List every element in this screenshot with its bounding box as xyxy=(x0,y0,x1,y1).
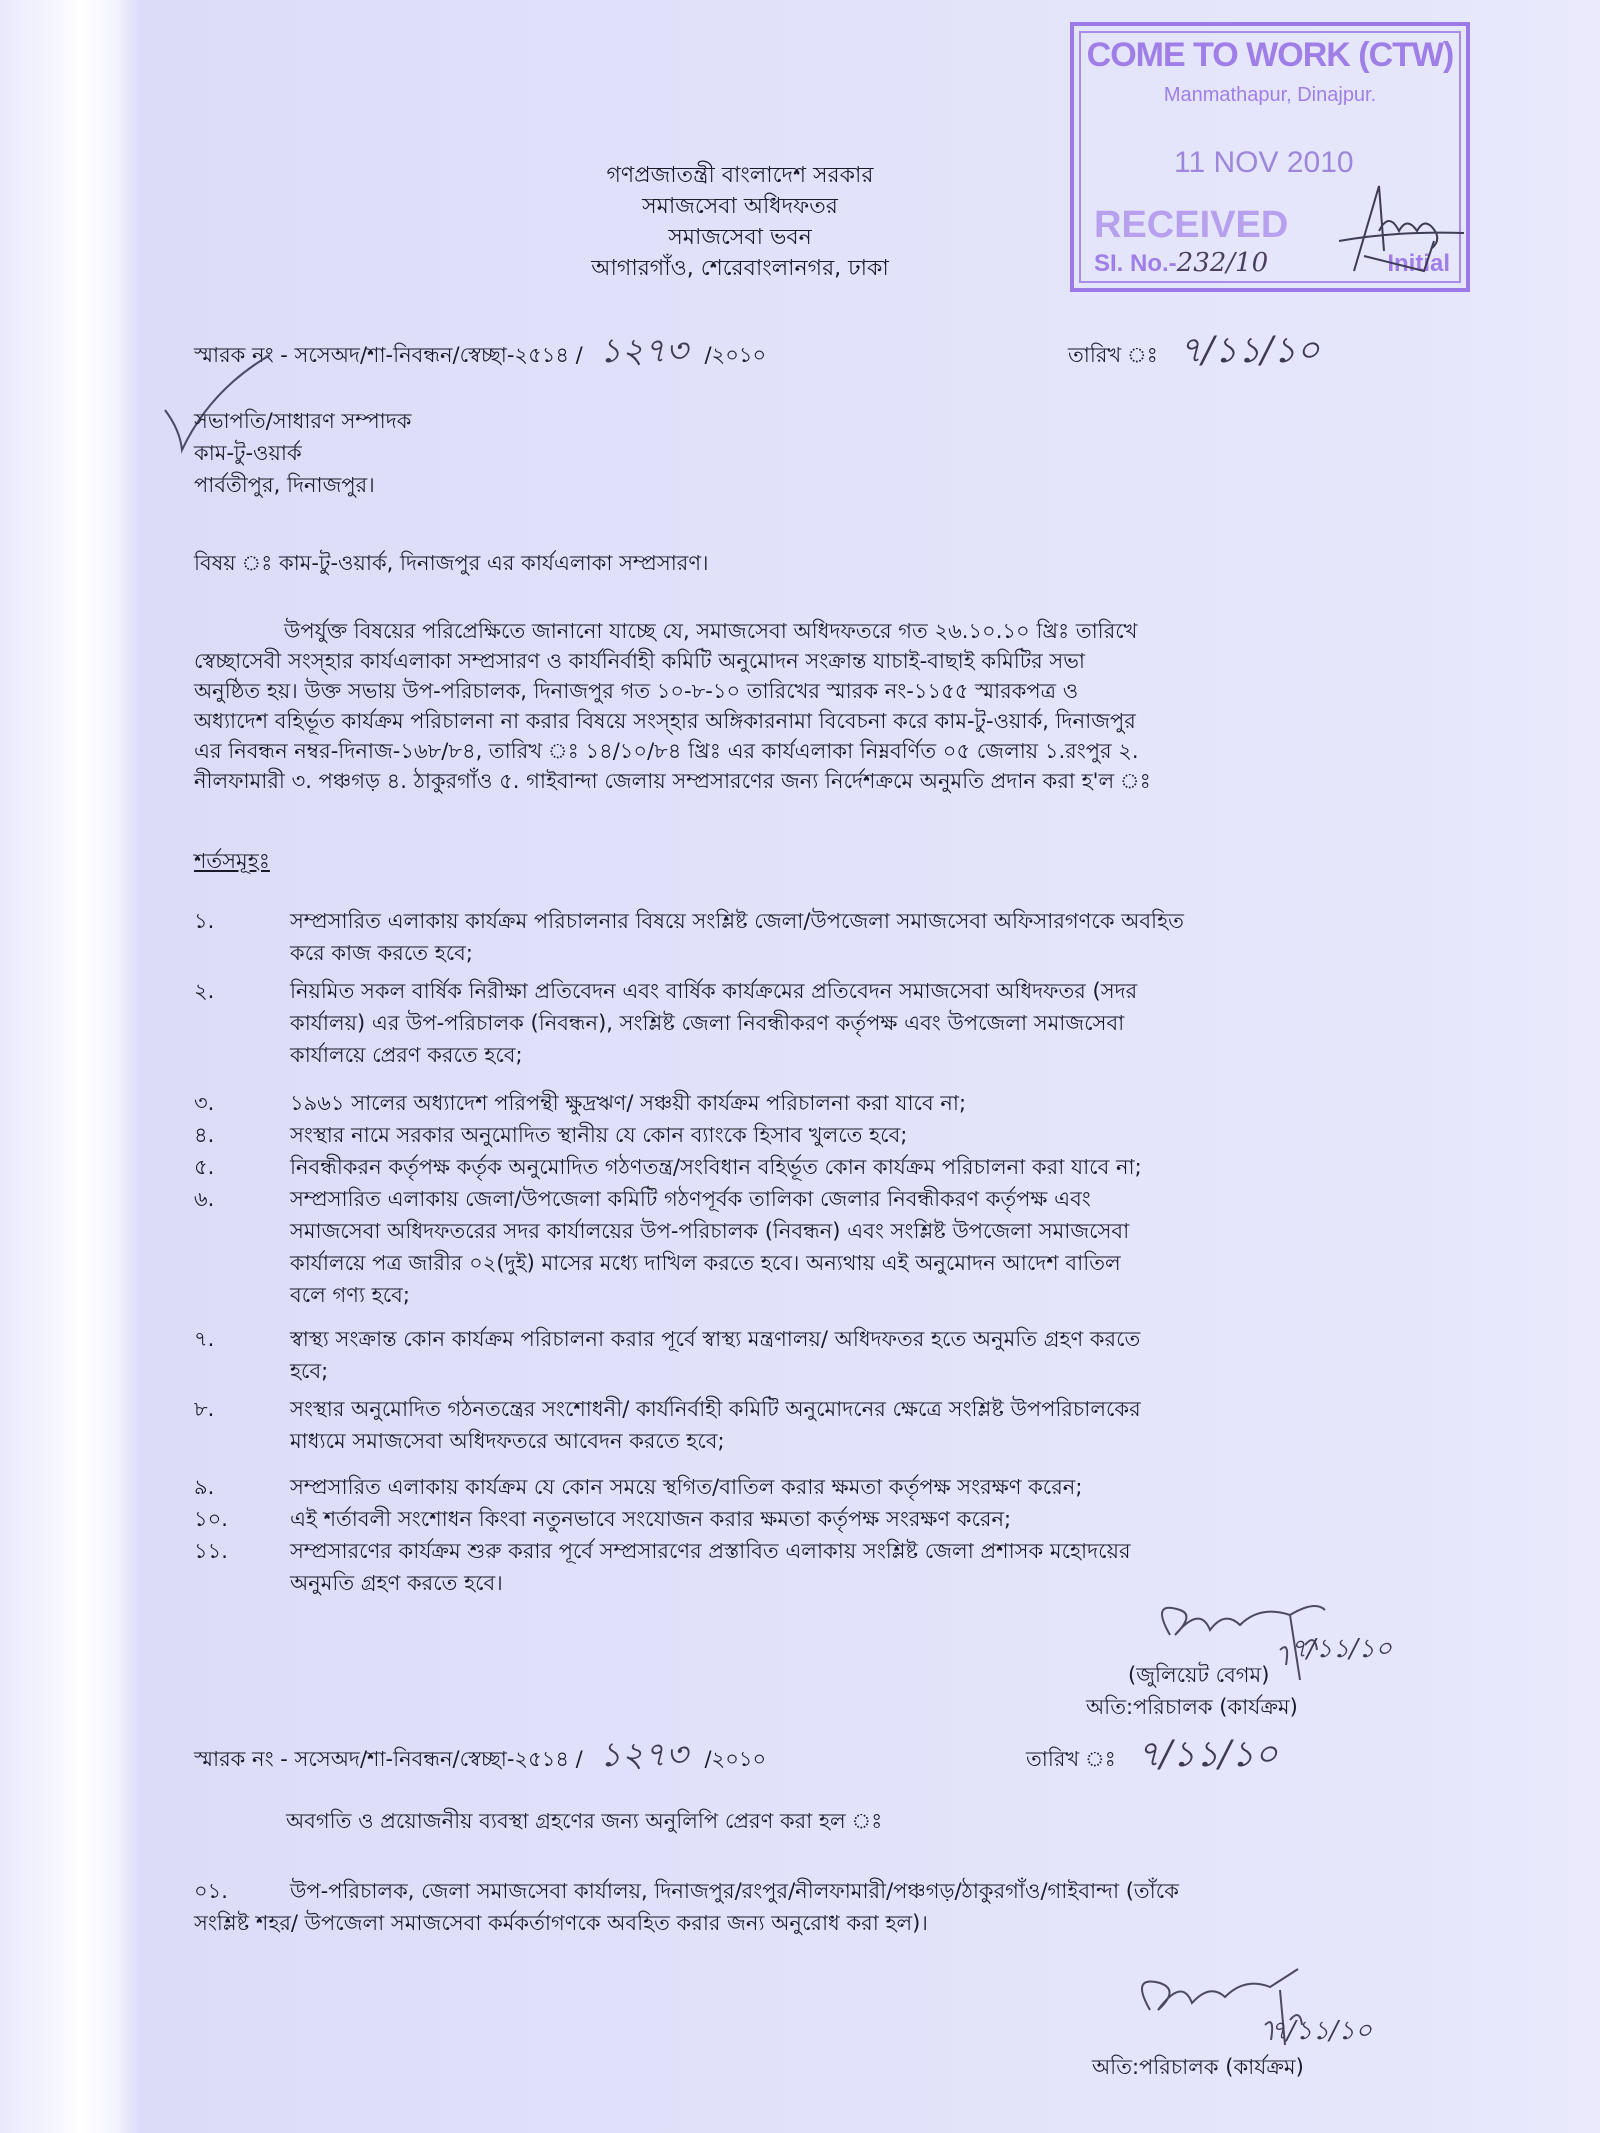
stamp-received-label: RECEIVED xyxy=(1094,204,1288,247)
condition-text: সম্প্রসারিত এলাকায় কার্যক্রম পরিচালনার … xyxy=(290,906,1184,936)
condition-text: হবে; xyxy=(290,1356,328,1386)
copy-number: ০১. xyxy=(194,1876,228,1906)
memo2-date-value: ৭/১১/১০ xyxy=(1137,1734,1278,1775)
body-line: অনুষ্ঠিত হয়। উক্ত সভায় উপ-পরিচালক, দিন… xyxy=(194,676,1364,706)
signatory-designation: অতি:পরিচালক (কার্যক্রম) xyxy=(1086,1692,1298,1722)
recipient-address: পার্বতীপুর, দিনাজপুর। xyxy=(194,470,375,500)
condition-text: কার্যালয়ে প্রেরণ করতে হবে; xyxy=(290,1040,523,1070)
condition-text: বলে গণ্য হবে; xyxy=(290,1280,410,1310)
condition-text: কার্যালয়) এর উপ-পরিচালক (নিবন্ধন), সংশ্… xyxy=(290,1008,1124,1038)
stamp-place: Manmathapur, Dinajpur. xyxy=(1074,84,1466,107)
condition-number: ৯. xyxy=(194,1472,214,1502)
memo-ref-year: /২০১০ xyxy=(704,343,766,367)
body-line: নীলফামারী ৩. পঞ্চগড় ৪. ঠাকুরগাঁও ৫. গাই… xyxy=(194,766,1364,796)
condition-number: ৭. xyxy=(194,1324,214,1354)
memo2-date: তারিখ ঃ ৭/১১/১০ xyxy=(1026,1740,1278,1774)
recipient-title: সভাপতি/সাধারণ সম্পাদক xyxy=(194,406,411,436)
memo2-date-label: তারিখ ঃ xyxy=(1026,1747,1116,1771)
condition-text: স্বাস্থ্য সংক্রান্ত কোন কার্যক্রম পরিচাল… xyxy=(290,1324,1140,1354)
condition-text: সম্প্রসারিত এলাকায় কার্যক্রম যে কোন সময… xyxy=(290,1472,1082,1502)
condition-text: সংস্থার অনুমোদিত গঠনতন্ত্রের সংশোধনী/ কা… xyxy=(290,1394,1141,1424)
signature-1-date: ৭/১১/১০ xyxy=(1290,1628,1392,1672)
conditions-heading: শর্তসমূহঃ xyxy=(194,846,270,876)
condition-text: কার্যালয়ে পত্র জারীর ০২(দুই) মাসের মধ্য… xyxy=(290,1248,1121,1278)
subject-line: বিষয় ঃ কাম-টু-ওয়ার্ক, দিনাজপুর এর কার্… xyxy=(194,548,709,578)
stamp-initial-signature-icon xyxy=(1324,171,1474,281)
copy-intro: অবগতি ও প্রয়োজনীয় ব্যবস্থা গ্রহণের জন্… xyxy=(286,1806,882,1836)
condition-text: সংস্থার নামে সরকার অনুমোদিত স্থানীয় যে … xyxy=(290,1120,907,1150)
condition-text: করে কাজ করতে হবে; xyxy=(290,938,473,968)
condition-text: মাধ্যমে সমাজসেবা অধিদফতরে আবেদন করতে হবে… xyxy=(290,1426,725,1456)
copy-line: সংশ্লিষ্ট শহর/ উপজেলা সমাজসেবা কর্মকর্তা… xyxy=(194,1908,928,1938)
condition-number: ২. xyxy=(194,976,214,1006)
stamp-organization: COME TO WORK (CTW) xyxy=(1074,36,1466,75)
memo-date-value: ৭/১১/১০ xyxy=(1179,330,1320,371)
memo2-ref-label: স্মারক নং - সসেঅদ/শা-নিবন্ধন/স্বেচ্ছা-২৫… xyxy=(194,1747,583,1771)
memo-date: তারিখ ঃ ৭/১১/১০ xyxy=(1068,336,1320,370)
condition-number: ১১. xyxy=(194,1536,228,1566)
body-line: এর নিবন্ধন নম্বর-দিনাজ-১৬৮/৮৪, তারিখ ঃ ১… xyxy=(194,736,1364,766)
condition-text: সম্প্রসারণের কার্যক্রম শুরু করার পূর্বে … xyxy=(290,1536,1131,1566)
body-paragraph: উপর্যুক্ত বিষয়ের পরিপ্রেক্ষিতে জানানো য… xyxy=(194,616,1364,796)
condition-text: এই শর্তাবলী সংশোধন কিংবা নতুনভাবে সংযোজন… xyxy=(290,1504,1011,1534)
condition-number: ৮. xyxy=(194,1394,214,1424)
received-stamp: COME TO WORK (CTW) Manmathapur, Dinajpur… xyxy=(1070,22,1470,292)
letterhead-address: আগারগাঁও, শেরেবাংলানগর, ঢাকা xyxy=(540,253,940,284)
condition-number: ১০. xyxy=(194,1504,228,1534)
condition-text: ১৯৬১ সালের অধ্যাদেশ পরিপন্থী ক্ষুদ্রঋণ/ … xyxy=(290,1088,966,1118)
memo-date-label: তারিখ ঃ xyxy=(1068,343,1158,367)
condition-number: ৫. xyxy=(194,1152,214,1182)
body-line: স্বেচ্ছাসেবী সংস্হার কার্যএলাকা সম্প্রসা… xyxy=(194,646,1364,676)
condition-number: ৪. xyxy=(194,1120,214,1150)
memo2-ref-number: ১২৭৩ xyxy=(599,1735,687,1775)
body-line: অধ্যাদেশ বহির্ভূত কার্যক্রম পরিচালনা না … xyxy=(194,706,1364,736)
condition-text: সমাজসেবা অধিদফতরের সদর কার্যালয়ের উপ-পর… xyxy=(290,1216,1129,1246)
condition-text: অনুমতি গ্রহণ করতে হবে। xyxy=(290,1568,503,1598)
condition-number: ৩. xyxy=(194,1088,214,1118)
memo-ref-number: ১২৭৩ xyxy=(599,331,687,371)
condition-number: ১. xyxy=(194,906,214,936)
stamp-serial: SI. No.-232/10 xyxy=(1094,248,1268,278)
condition-number: ৬. xyxy=(194,1184,214,1214)
copy-line: উপ-পরিচালক, জেলা সমাজসেবা কার্যালয়, দিন… xyxy=(290,1876,1179,1906)
letterhead-government: গণপ্রজাতন্ত্রী বাংলাদেশ সরকার xyxy=(540,160,940,191)
stamp-serial-label: SI. No.- xyxy=(1094,250,1177,277)
body-line: উপর্যুক্ত বিষয়ের পরিপ্রেক্ষিতে জানানো য… xyxy=(194,616,1364,646)
letterhead-department: সমাজসেবা অধিদফতর xyxy=(540,191,940,222)
memo2-ref-year: /২০১০ xyxy=(704,1747,766,1771)
signatory-name: (জুলিয়েট বেগম) xyxy=(1128,1660,1269,1690)
condition-text: সম্প্রসারিত এলাকায় জেলা/উপজেলা কমিটি গঠ… xyxy=(290,1184,1091,1214)
stamp-serial-value: 232/10 xyxy=(1177,248,1268,278)
letterhead-building: সমাজসেবা ভবন xyxy=(540,222,940,253)
recipient-organization: কাম-টু-ওয়ার্ক xyxy=(194,438,302,468)
letterhead: গণপ্রজাতন্ত্রী বাংলাদেশ সরকার সমাজসেবা অ… xyxy=(540,160,940,284)
condition-text: নিবন্ধীকরন কর্তৃপক্ষ কর্তৃক অনুমোদিত গঠণ… xyxy=(290,1152,1142,1182)
condition-text: নিয়মিত সকল বার্ষিক নিরীক্ষা প্রতিবেদন এ… xyxy=(290,976,1137,1006)
memo-reference-copy: স্মারক নং - সসেঅদ/শা-নিবন্ধন/স্বেচ্ছা-২৫… xyxy=(194,1740,766,1774)
signature-2-designation: অতি:পরিচালক (কার্যক্রম) xyxy=(1092,2052,1304,2082)
signature-2-date: ৭/১১/১০ xyxy=(1270,2010,1372,2054)
